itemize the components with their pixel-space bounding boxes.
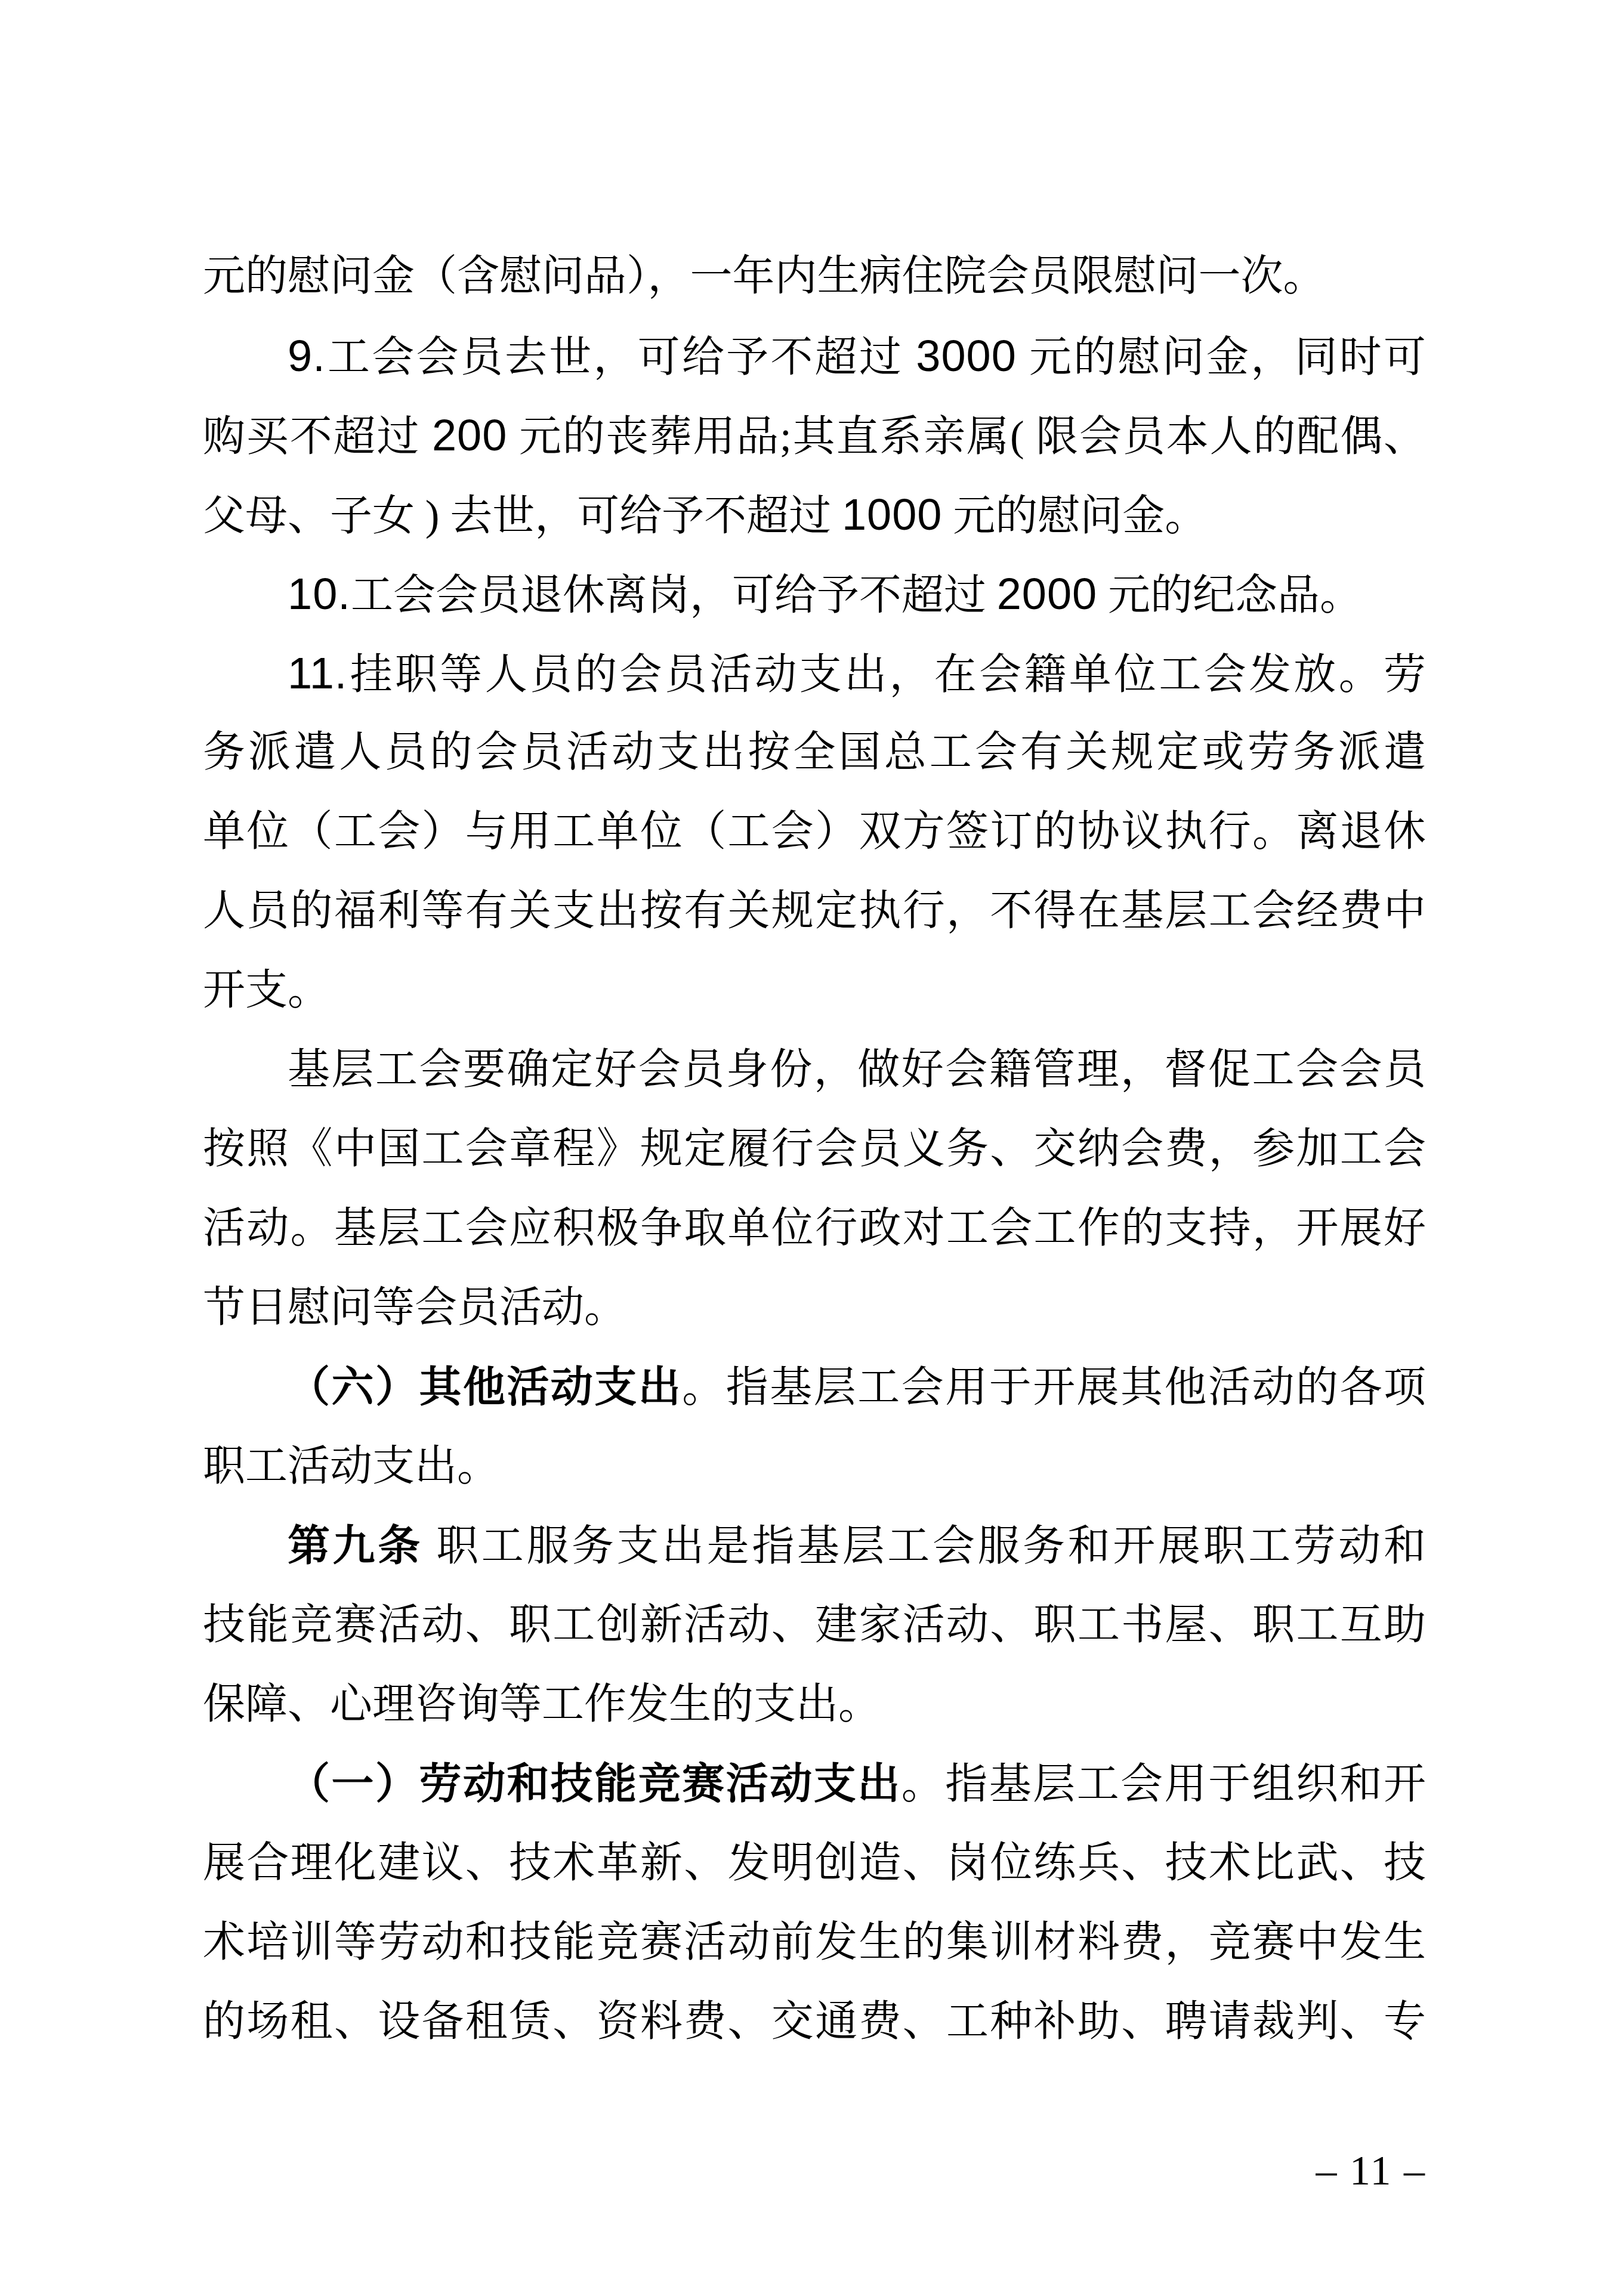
text-block: 元的慰问金（含慰问品），一年内生病住院会员限慰问一次。 9.工会会员去世，可给予… [203, 237, 1426, 2062]
text-line: 技能竞赛活动、职工创新活动、建家活动、职工书屋、职工互助 [203, 1586, 1426, 1665]
subsection-heading: （一）劳动和技能竞赛活动支出 [288, 1760, 901, 1807]
line-text: 保障、心理咨询等工作发生的支出。 [203, 1681, 881, 1728]
line-text: 职工服务支出是指基层工会服务和开展职工劳动和 [423, 1523, 1426, 1569]
line-text: 元的纪念品。 [1097, 572, 1362, 619]
item-number: 11. [288, 648, 347, 698]
amount-number: 200 [432, 410, 507, 460]
item-number: 10. [288, 569, 351, 619]
page-number: – 11 – [203, 2142, 1426, 2201]
article-heading: 第九条 [288, 1522, 423, 1569]
text-line: 人员的福利等有关支出按有关规定执行，不得在基层工会经费中 [203, 872, 1426, 951]
line-text: 购买不超过 [203, 413, 432, 460]
line-text: 职工活动支出。 [203, 1443, 499, 1490]
text-line: 保障、心理咨询等工作发生的支出。 [203, 1665, 1426, 1744]
document-page: 元的慰问金（含慰问品），一年内生病住院会员限慰问一次。 9.工会会员去世，可给予… [0, 0, 1624, 2296]
line-text: 工会会员退休离岗，可给予不超过 [351, 572, 997, 619]
text-line: 单位（工会）与用工单位（工会）双方签订的协议执行。离退休 [203, 792, 1426, 872]
amount-number: 2000 [997, 569, 1098, 619]
text-line: 元的慰问金（含慰问品），一年内生病住院会员限慰问一次。 [203, 237, 1426, 316]
line-text: 按照《中国工会章程》规定履行会员义务、交纳会费，参加工会 [203, 1126, 1426, 1172]
line-text: 基层工会要确定好会员身份，做好会籍管理，督促工会会员 [288, 1046, 1426, 1093]
text-line: （六）其他活动支出。指基层工会用于开展其他活动的各项 [203, 1348, 1426, 1427]
text-line: 展合理化建议、技术革新、发明创造、岗位练兵、技术比武、技 [203, 1824, 1426, 1903]
line-text: 单位（工会）与用工单位（工会）双方签订的协议执行。离退休 [203, 808, 1426, 855]
line-text: 展合理化建议、技术革新、发明创造、岗位练兵、技术比武、技 [203, 1840, 1426, 1886]
line-text: 活动。基层工会应积极争取单位行政对工会工作的支持，开展好 [203, 1205, 1426, 1251]
text-line: 务派遣人员的会员活动支出按全国总工会有关规定或劳务派遣 [203, 713, 1426, 792]
line-text: 。指基层工会用于组织和开 [901, 1761, 1426, 1807]
line-text: 工会会员去世，可给予不超过 [326, 334, 916, 381]
text-line: 9.工会会员去世，可给予不超过 3000 元的慰问金，同时可 [203, 316, 1426, 395]
line-text: 节日慰问等会员活动。 [203, 1284, 626, 1331]
text-line: 11.挂职等人员的会员活动支出，在会籍单位工会发放。劳 [203, 634, 1426, 713]
text-line: （一）劳动和技能竞赛活动支出。指基层工会用于组织和开 [203, 1744, 1426, 1824]
line-text: 。指基层工会用于开展其他活动的各项 [682, 1364, 1426, 1411]
text-line: 按照《中国工会章程》规定履行会员义务、交纳会费，参加工会 [203, 1110, 1426, 1189]
line-text: 元的丧葬用品;其直系亲属( 限会员本人的配偶、 [507, 413, 1426, 460]
line-text: 挂职等人员的会员活动支出，在会籍单位工会发放。劳 [347, 651, 1426, 698]
text-line: 10.工会会员退休离岗，可给予不超过 2000 元的纪念品。 [203, 554, 1426, 634]
text-line: 基层工会要确定好会员身份，做好会籍管理，督促工会会员 [203, 1030, 1426, 1110]
text-line: 的场租、设备租赁、资料费、交通费、工种补助、聘请裁判、专 [203, 1982, 1426, 2062]
amount-number: 3000 [916, 331, 1017, 381]
line-text: 人员的福利等有关支出按有关规定执行，不得在基层工会经费中 [203, 888, 1426, 934]
text-line: 职工活动支出。 [203, 1427, 1426, 1506]
line-text: 术培训等劳动和技能竞赛活动前发生的集训材料费，竞赛中发生 [203, 1919, 1426, 1966]
text-line: 节日慰问等会员活动。 [203, 1268, 1426, 1348]
text-line: 开支。 [203, 951, 1426, 1030]
line-text: 元的慰问金。 [943, 493, 1208, 539]
line-text: 元的慰问金，同时可 [1017, 334, 1426, 381]
text-line: 父母、子女 ) 去世，可给予不超过 1000 元的慰问金。 [203, 475, 1426, 554]
subsection-heading: （六）其他活动支出 [288, 1364, 682, 1411]
item-number: 9. [288, 331, 326, 381]
line-text: 开支。 [203, 967, 330, 1013]
text-line: 第九条 职工服务支出是指基层工会服务和开展职工劳动和 [203, 1506, 1426, 1586]
amount-number: 1000 [842, 490, 943, 539]
text-line: 术培训等劳动和技能竞赛活动前发生的集训材料费，竞赛中发生 [203, 1903, 1426, 1982]
line-text: 元的慰问金（含慰问品），一年内生病住院会员限慰问一次。 [203, 253, 1326, 299]
text-line: 活动。基层工会应积极争取单位行政对工会工作的支持，开展好 [203, 1189, 1426, 1268]
line-text: 父母、子女 ) 去世，可给予不超过 [203, 493, 842, 539]
line-text: 务派遣人员的会员活动支出按全国总工会有关规定或劳务派遣 [203, 729, 1426, 775]
line-text: 的场租、设备租赁、资料费、交通费、工种补助、聘请裁判、专 [203, 1998, 1426, 2045]
line-text: 技能竞赛活动、职工创新活动、建家活动、职工书屋、职工互助 [203, 1602, 1426, 1648]
text-line: 购买不超过 200 元的丧葬用品;其直系亲属( 限会员本人的配偶、 [203, 395, 1426, 475]
